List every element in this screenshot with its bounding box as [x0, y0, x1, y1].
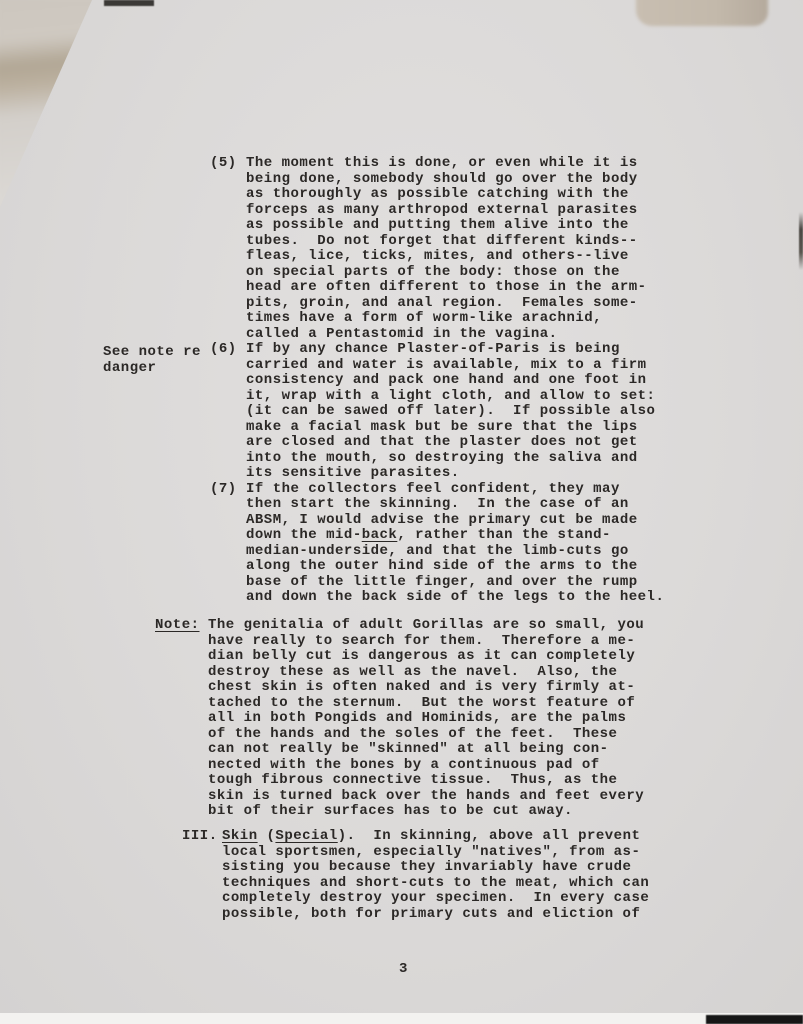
- scanned-document-scene: See note redanger (5) The moment this is…: [0, 0, 803, 1024]
- text-line: The genitalia of adult Gorillas are so s…: [208, 618, 678, 634]
- note-label: Note:: [155, 618, 200, 634]
- text-line: consistency and pack one hand and one fo…: [246, 373, 690, 389]
- section-text: Skin (Special). In skinning, above all p…: [222, 829, 692, 922]
- text-line: on special parts of the body: those on t…: [246, 265, 690, 281]
- text-line: See note re: [103, 345, 213, 361]
- text-line: chest skin is often naked and is very fi…: [208, 680, 678, 696]
- text-line: Skin (Special). In skinning, above all p…: [222, 829, 692, 845]
- text-line: skin is turned back over the hands and f…: [208, 789, 678, 805]
- text-line: tached to the sternum. But the worst fea…: [208, 696, 678, 712]
- text-line: bit of their surfaces has to be cut away…: [208, 804, 678, 820]
- numbered-list: (5) The moment this is done, or even whi…: [210, 156, 690, 606]
- text-line: (it can be sawed off later). If possible…: [246, 404, 690, 420]
- note-block: Note: The genitalia of adult Gorillas ar…: [155, 618, 678, 820]
- item-number: (7): [210, 482, 237, 498]
- text-line: times have a form of worm-like arachnid,: [246, 311, 690, 327]
- item-text: If the collectors feel confident, they m…: [246, 482, 690, 606]
- text-line: called a Pentastomid in the vagina.: [246, 327, 690, 343]
- numbered-item-6: (6) If by any chance Plaster-of-Paris is…: [210, 342, 690, 482]
- item-number: (5): [210, 156, 237, 172]
- text-line: as possible and putting them alive into …: [246, 218, 690, 234]
- text-line: all in both Pongids and Hominids, are th…: [208, 711, 678, 727]
- folder-tab-artifact: [636, 0, 768, 26]
- text-line: pits, groin, and anal region. Females so…: [246, 296, 690, 312]
- text-line: nected with the bones by a continuous pa…: [208, 758, 678, 774]
- item-text: The moment this is done, or even while i…: [246, 156, 690, 342]
- text-line: forceps as many arthropod external paras…: [246, 203, 690, 219]
- numbered-item-5: (5) The moment this is done, or even whi…: [210, 156, 690, 342]
- text-line: head are often different to those in the…: [246, 280, 690, 296]
- text-line: along the outer hind side of the arms to…: [246, 559, 690, 575]
- text-line: can not really be "skinned" at all being…: [208, 742, 678, 758]
- text-line: The moment this is done, or even while i…: [246, 156, 690, 172]
- page-number: 3: [399, 962, 408, 978]
- item-number: (6): [210, 342, 237, 358]
- text-line: fleas, lice, ticks, mites, and others--l…: [246, 249, 690, 265]
- scan-edge-mark-bottom-right: [706, 1015, 803, 1024]
- text-line: then start the skinning. In the case of …: [246, 497, 690, 513]
- numbered-item-7: (7) If the collectors feel confident, th…: [210, 482, 690, 606]
- text-line: If the collectors feel confident, they m…: [246, 482, 690, 498]
- text-line: median-underside, and that the limb-cuts…: [246, 544, 690, 560]
- text-line: it, wrap with a light cloth, and allow t…: [246, 389, 690, 405]
- text-line: techniques and short-cuts to the meat, w…: [222, 876, 692, 892]
- text-line: tubes. Do not forget that different kind…: [246, 234, 690, 250]
- scan-edge-mark-top: [104, 0, 154, 6]
- text-line: ABSM, I would advise the primary cut be …: [246, 513, 690, 529]
- text-line: destroy these as well as the navel. Also…: [208, 665, 678, 681]
- text-line: tough fibrous connective tissue. Thus, a…: [208, 773, 678, 789]
- text-line: and down the back side of the legs to th…: [246, 590, 690, 606]
- text-line: being done, somebody should go over the …: [246, 172, 690, 188]
- text-line: as thoroughly as possible catching with …: [246, 187, 690, 203]
- document-page: See note redanger (5) The moment this is…: [0, 0, 803, 1024]
- margin-note: See note redanger: [103, 345, 213, 376]
- note-text: The genitalia of adult Gorillas are so s…: [208, 618, 678, 820]
- text-line: down the mid-back, rather than the stand…: [246, 528, 690, 544]
- scan-edge-mark-right: [799, 212, 803, 270]
- text-line: into the mouth, so destroying the saliva…: [246, 451, 690, 467]
- text-line: danger: [103, 361, 213, 377]
- text-line: If by any chance Plaster-of-Paris is bei…: [246, 342, 690, 358]
- text-line: completely destroy your specimen. In eve…: [222, 891, 692, 907]
- text-line: dian belly cut is dangerous as it can co…: [208, 649, 678, 665]
- section-number: III.: [182, 829, 218, 845]
- section-iii-block: III. Skin (Special). In skinning, above …: [182, 829, 692, 922]
- text-line: of the hands and the soles of the feet. …: [208, 727, 678, 743]
- text-line: sisting you because they invariably have…: [222, 860, 692, 876]
- text-line: base of the little finger, and over the …: [246, 575, 690, 591]
- item-text: If by any chance Plaster-of-Paris is bei…: [246, 342, 690, 482]
- text-line: have really to search for them. Therefor…: [208, 634, 678, 650]
- text-line: its sensitive parasites.: [246, 466, 690, 482]
- text-line: local sportsmen, especially "natives", f…: [222, 845, 692, 861]
- text-line: carried and water is available, mix to a…: [246, 358, 690, 374]
- text-line: possible, both for primary cuts and elic…: [222, 907, 692, 923]
- text-line: are closed and that the plaster does not…: [246, 435, 690, 451]
- text-line: make a facial mask but be sure that the …: [246, 420, 690, 436]
